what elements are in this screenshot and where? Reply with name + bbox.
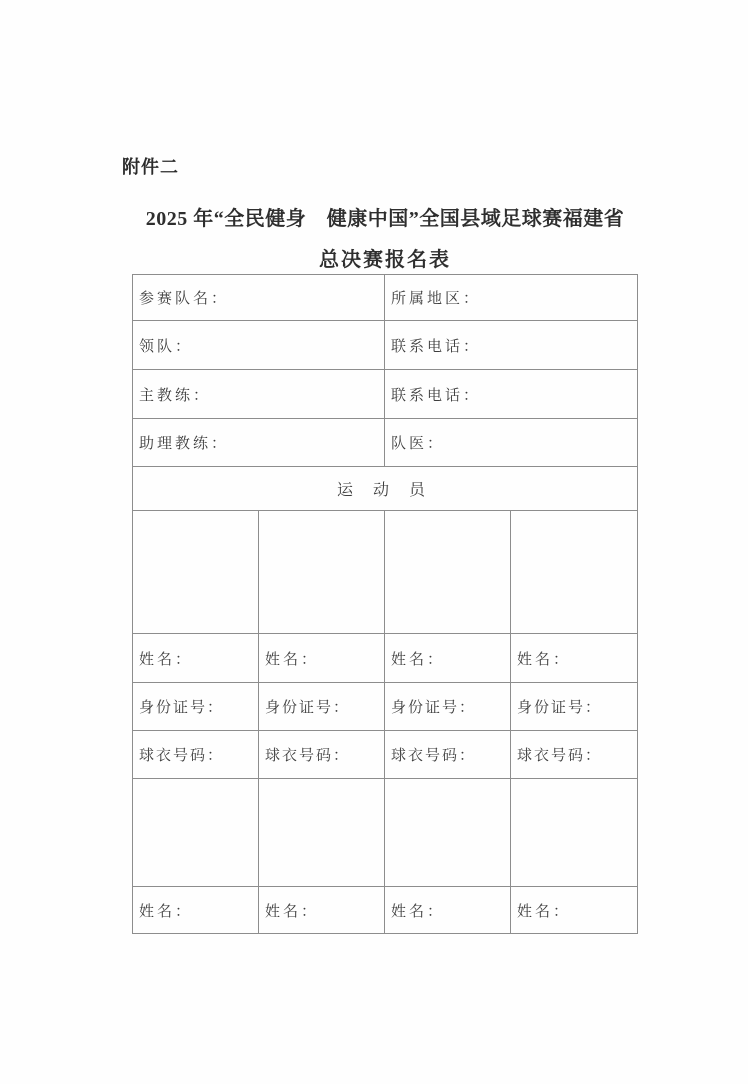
athlete-photo-row-1 <box>133 511 637 634</box>
athlete-name-row-2: 姓名： 姓名： 姓名： 姓名： <box>133 887 637 933</box>
athlete-id-row: 身份证号： 身份证号： 身份证号： 身份证号： <box>133 683 637 731</box>
athlete-id-cell: 身份证号： <box>259 683 385 730</box>
info-row-leader: 领队： 联系电话： <box>133 321 637 370</box>
attachment-label: 附件二 <box>122 153 179 179</box>
cell-assistant-coach: 助理教练： <box>133 419 385 466</box>
athlete-photo-cell <box>133 511 259 633</box>
athletes-section-label: 运 动 员 <box>133 467 637 510</box>
form-title-line2: 总决赛报名表 <box>132 243 638 272</box>
athlete-name-cell: 姓名： <box>259 634 385 682</box>
athlete-photo-cell <box>511 511 637 633</box>
athlete-photo-cell <box>511 779 637 886</box>
athlete-name-cell: 姓名： <box>385 634 511 682</box>
form-title: 2025 年“全民健身 健康中国”全国县域足球赛福建省 总决赛报名表 <box>132 202 638 272</box>
athlete-photo-cell <box>259 511 385 633</box>
athlete-id-cell: 身份证号： <box>133 683 259 730</box>
athlete-id-cell: 身份证号： <box>385 683 511 730</box>
cell-team-name: 参赛队名： <box>133 275 385 320</box>
cell-region: 所属地区： <box>385 275 637 320</box>
athlete-photo-row-2 <box>133 779 637 887</box>
athlete-photo-cell <box>385 511 511 633</box>
info-row-team: 参赛队名： 所属地区： <box>133 275 637 321</box>
cell-head-coach: 主教练： <box>133 370 385 418</box>
athlete-name-cell: 姓名： <box>259 887 385 933</box>
registration-table: 参赛队名： 所属地区： 领队： 联系电话： 主教练： 联系电话： 助理教练： 队… <box>132 274 638 934</box>
athlete-name-row-1: 姓名： 姓名： 姓名： 姓名： <box>133 634 637 683</box>
athletes-header-row: 运 动 员 <box>133 467 637 511</box>
athlete-jersey-cell: 球衣号码： <box>259 731 385 778</box>
athlete-photo-cell <box>259 779 385 886</box>
info-row-assistant-coach: 助理教练： 队医： <box>133 419 637 467</box>
athlete-jersey-cell: 球衣号码： <box>385 731 511 778</box>
athlete-photo-cell <box>385 779 511 886</box>
info-row-head-coach: 主教练： 联系电话： <box>133 370 637 419</box>
cell-leader: 领队： <box>133 321 385 369</box>
cell-leader-phone: 联系电话： <box>385 321 637 369</box>
athlete-jersey-cell: 球衣号码： <box>133 731 259 778</box>
athlete-jersey-cell: 球衣号码： <box>511 731 637 778</box>
form-title-line1: 2025 年“全民健身 健康中国”全国县域足球赛福建省 <box>132 202 638 231</box>
athlete-name-cell: 姓名： <box>511 887 637 933</box>
athlete-name-cell: 姓名： <box>385 887 511 933</box>
athlete-photo-cell <box>133 779 259 886</box>
athlete-name-cell: 姓名： <box>511 634 637 682</box>
athlete-name-cell: 姓名： <box>133 634 259 682</box>
cell-coach-phone: 联系电话： <box>385 370 637 418</box>
scanned-form-page: 附件二 2025 年“全民健身 健康中国”全国县域足球赛福建省 总决赛报名表 参… <box>0 0 748 1084</box>
athlete-id-cell: 身份证号： <box>511 683 637 730</box>
athlete-jersey-row: 球衣号码： 球衣号码： 球衣号码： 球衣号码： <box>133 731 637 779</box>
athlete-name-cell: 姓名： <box>133 887 259 933</box>
cell-team-doctor: 队医： <box>385 419 637 466</box>
